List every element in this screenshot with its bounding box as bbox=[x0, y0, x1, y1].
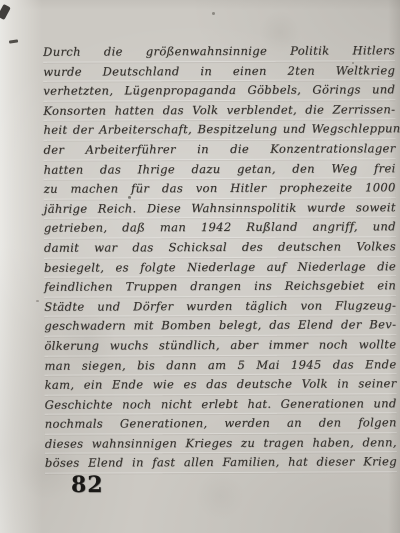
handwriting-line: Konsorten hatten das Volk verblendet, di… bbox=[43, 100, 395, 121]
handwriting-line: nochmals Generationen, werden an den fol… bbox=[45, 414, 397, 435]
handwriting-line: feindlichen Truppen drangen ins Reichsge… bbox=[44, 276, 396, 297]
handwriting-line: verhetzten, Lügenpropaganda Göbbels, Gör… bbox=[43, 80, 395, 101]
handwriting-line: ölkerung wuchs stündlich, aber immer noc… bbox=[44, 335, 396, 356]
handwriting-line: der Arbeiterführer in die Konzentrations… bbox=[43, 139, 395, 160]
handwriting-line: Städte und Dörfer wurden täglich von Flu… bbox=[44, 296, 396, 317]
page-number: 82 bbox=[71, 472, 104, 498]
ink-speck bbox=[212, 12, 215, 15]
ink-margin-dash bbox=[9, 39, 18, 43]
ink-corner-mark bbox=[0, 4, 11, 20]
handwriting-line: wurde Deutschland in einen 2ten Weltkrie… bbox=[43, 61, 395, 82]
handwriting-line: zu machen für das von Hitler prophezeite… bbox=[44, 178, 396, 199]
handwriting-line: Durch die größenwahnsinnige Politik Hitl… bbox=[43, 41, 395, 62]
handwriting-line: besiegelt, es folgte Niederlage auf Nied… bbox=[44, 257, 396, 278]
handwriting-line: jährige Reich. Diese Wahnsinnspolitik wu… bbox=[44, 198, 396, 219]
handwriting-line: hatten das Ihrige dazu getan, den Weg fr… bbox=[44, 159, 396, 180]
handwriting-line: kam, ein Ende wie es das deutsche Volk i… bbox=[45, 374, 397, 395]
handwriting-line: man siegen, bis dann am 5 Mai 1945 das E… bbox=[44, 355, 396, 376]
ink-speck bbox=[36, 300, 39, 302]
handwriting-line: dieses wahnsinnigen Krieges zu tragen ha… bbox=[45, 433, 397, 454]
handwriting-line: heit der Arbeiterschaft, Bespitzelung un… bbox=[43, 120, 395, 141]
handwritten-text-block: Durch die größenwahnsinnige Politik Hitl… bbox=[43, 41, 397, 474]
handwriting-line: böses Elend in fast allen Familien, hat … bbox=[45, 453, 397, 474]
scanned-document-page: Durch die größenwahnsinnige Politik Hitl… bbox=[0, 0, 400, 533]
handwriting-line: damit war das Schicksal des deutschen Vo… bbox=[44, 237, 396, 258]
handwriting-line: Geschichte noch nicht erlebt hat. Genera… bbox=[45, 394, 397, 415]
handwriting-line: getrieben, daß man 1942 Rußland angriff,… bbox=[44, 218, 396, 239]
handwriting-line: geschwadern mit Bomben belegt, das Elend… bbox=[44, 316, 396, 337]
